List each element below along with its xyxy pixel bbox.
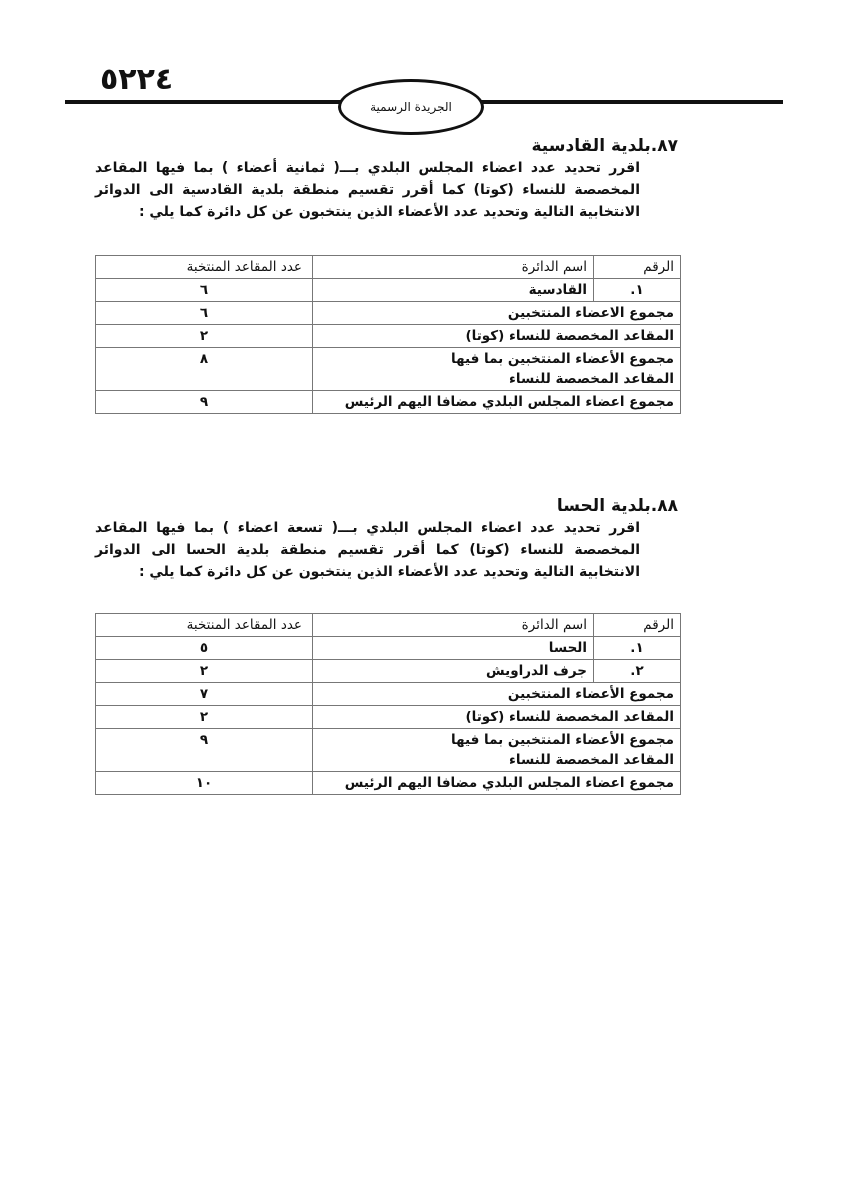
total-label: المقاعد المخصصة للنساء (كوتا) [313,706,681,729]
section-title: ٨٧.بلدية القادسية [95,135,680,157]
total-value: ١٠ [96,772,313,795]
total-label: مجموع اعضاء المجلس البلدي مضافا اليهم ال… [313,772,681,795]
header-seats: عدد المقاعد المنتخبة [96,256,313,279]
district-name: القادسية [313,279,594,302]
table-row-total: مجموع الأعضاء المنتخبين بما فيها المقاعد… [96,348,681,391]
header-seats: عدد المقاعد المنتخبة [96,614,313,637]
table-row-total: المقاعد المخصصة للنساء (كوتا) ٢ [96,325,681,348]
table-header-row: الرقم اسم الدائرة عدد المقاعد المنتخبة [96,256,681,279]
table-row: ١. القادسية ٦ [96,279,681,302]
gazette-title-oval: الجريدة الرسمية [338,79,484,135]
total-label: مجموع الاعضاء المنتخبين [313,302,681,325]
district-name: الحسا [313,637,594,660]
total-value: ٨ [96,348,313,391]
header-district: اسم الدائرة [313,614,594,637]
table-row-total: مجموع الأعضاء المنتخبين بما فيها المقاعد… [96,729,681,772]
section-body: اقرر تحديد عدد اعضاء المجلس البلدي بـــ(… [95,157,640,223]
section-qadisiyah: ٨٧.بلدية القادسية اقرر تحديد عدد اعضاء ا… [95,135,680,223]
district-seats: ٦ [96,279,313,302]
districts-table-hasa: الرقم اسم الدائرة عدد المقاعد المنتخبة ١… [95,613,681,795]
district-number: ١. [594,637,681,660]
total-value: ٩ [96,729,313,772]
section-body: اقرر تحديد عدد اعضاء المجلس البلدي بـــ(… [95,517,640,583]
district-number: ١. [594,279,681,302]
district-name: جرف الدراويش [313,660,594,683]
total-value: ٢ [96,325,313,348]
gazette-title: الجريدة الرسمية [370,100,452,114]
table-row-total: مجموع اعضاء المجلس البلدي مضافا اليهم ال… [96,391,681,414]
total-value: ٢ [96,706,313,729]
districts-table-qadisiyah: الرقم اسم الدائرة عدد المقاعد المنتخبة ١… [95,255,681,414]
district-seats: ٢ [96,660,313,683]
header-number: الرقم [594,614,681,637]
table-row-total: مجموع الأعضاء المنتخبين ٧ [96,683,681,706]
table-row: ٢. جرف الدراويش ٢ [96,660,681,683]
page-number: ٥٢٢٤ [100,62,173,97]
section-hasa: ٨٨.بلدية الحسا اقرر تحديد عدد اعضاء المج… [95,495,680,583]
header-number: الرقم [594,256,681,279]
total-label: مجموع الأعضاء المنتخبين [313,683,681,706]
table-row-total: مجموع اعضاء المجلس البلدي مضافا اليهم ال… [96,772,681,795]
total-label: المقاعد المخصصة للنساء (كوتا) [313,325,681,348]
total-value: ٧ [96,683,313,706]
table-row-total: مجموع الاعضاء المنتخبين ٦ [96,302,681,325]
header-district: اسم الدائرة [313,256,594,279]
total-label: مجموع الأعضاء المنتخبين بما فيها المقاعد… [313,348,681,391]
total-value: ٩ [96,391,313,414]
table-row: ١. الحسا ٥ [96,637,681,660]
table-row-total: المقاعد المخصصة للنساء (كوتا) ٢ [96,706,681,729]
total-label: مجموع اعضاء المجلس البلدي مضافا اليهم ال… [313,391,681,414]
total-value: ٦ [96,302,313,325]
district-number: ٢. [594,660,681,683]
district-seats: ٥ [96,637,313,660]
section-title: ٨٨.بلدية الحسا [95,495,680,517]
table-header-row: الرقم اسم الدائرة عدد المقاعد المنتخبة [96,614,681,637]
total-label: مجموع الأعضاء المنتخبين بما فيها المقاعد… [313,729,681,772]
